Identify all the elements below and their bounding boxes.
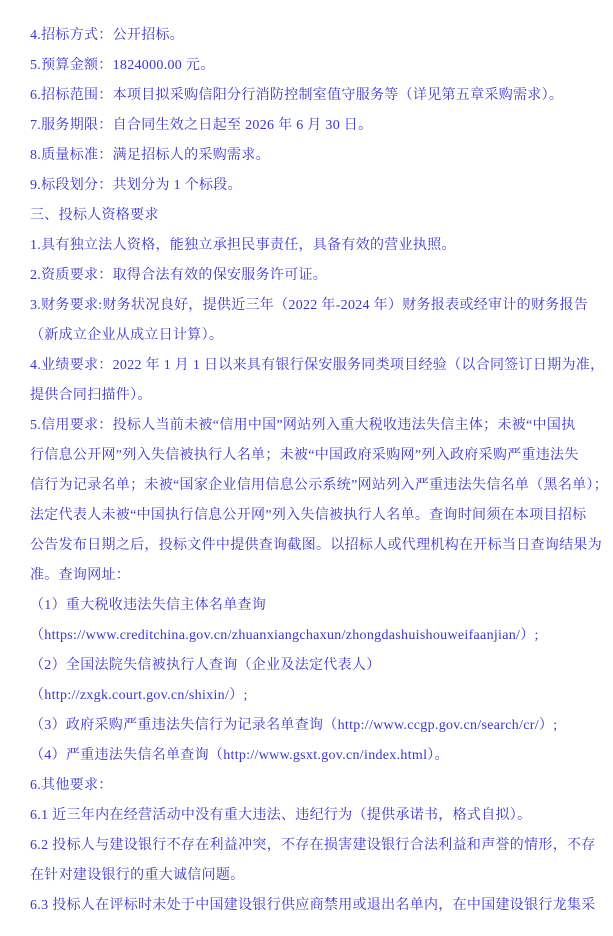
text-line: 9.标段划分：共划分为 1 个标段。: [30, 171, 597, 201]
text-line: 7.服务期限：自合同生效之日起至 2026 年 6 月 30 日。: [30, 111, 597, 141]
document-page: 4.招标方式：公开招标。5.预算金额：1824000.00 元。6.招标范围：本…: [0, 0, 613, 936]
text-line: （2）全国法院失信被执行人查询（企业及法定代表人）: [30, 651, 597, 681]
text-line: 6.3 投标人在评标时未处于中国建设银行供应商禁用或退出名单内，在中国建设银行龙…: [30, 891, 597, 921]
text-line: 准。查询网址：: [30, 561, 597, 591]
text-line: 4.业绩要求：2022 年 1 月 1 日以来具有银行保安服务同类项目经验（以合…: [30, 351, 597, 381]
text-line: 6.其他要求：: [30, 771, 597, 801]
text-line: 1.具有独立法人资格，能独立承担民事责任，具备有效的营业执照。: [30, 231, 597, 261]
text-line: 6.2 投标人与建设银行不存在利益冲突，不存在损害建设银行合法利益和声誉的情形，…: [30, 831, 597, 861]
text-line: 信行为记录名单；未被“国家企业信用信息公示系统”网站列入严重违法失信名单（黑名单…: [30, 471, 597, 501]
text-line: 8.质量标准：满足招标人的采购需求。: [30, 141, 597, 171]
text-line: 公告发布日期之后，投标文件中提供查询截图。以招标人或代理机构在开标当日查询结果为: [30, 531, 597, 561]
text-line: 5.信用要求：投标人当前未被“信用中国”网站列入重大税收违法失信主体；未被“中国…: [30, 411, 597, 441]
text-line: 在针对建设银行的重大诚信问题。: [30, 861, 597, 891]
text-line: 2.资质要求：取得合法有效的保安服务许可证。: [30, 261, 597, 291]
section-heading: 三、投标人资格要求: [30, 201, 597, 231]
text-line: 4.招标方式：公开招标。: [30, 21, 597, 51]
text-line: （4）严重违法失信名单查询（http://www.gsxt.gov.cn/ind…: [30, 741, 597, 771]
text-line: 3.财务要求:财务状况良好，提供近三年（2022 年-2024 年）财务报表或经…: [30, 291, 597, 321]
text-line: 6.招标范围：本项目拟采购信阳分行消防控制室值守服务等（详见第五章采购需求）。: [30, 81, 597, 111]
text-line: （https://www.creditchina.gov.cn/zhuanxia…: [30, 621, 597, 651]
text-line: （3）政府采购严重违法失信行为记录名单查询（http://www.ccgp.go…: [30, 711, 597, 741]
text-block: 4.招标方式：公开招标。5.预算金额：1824000.00 元。6.招标范围：本…: [0, 0, 613, 921]
text-line: （http://zxgk.court.gov.cn/shixin/）;: [30, 681, 597, 711]
text-line: 行信息公开网”列入失信被执行人名单；未被“中国政府采购网”列入政府采购严重违法失: [30, 441, 597, 471]
text-line: 提供合同扫描件）。: [30, 381, 597, 411]
text-line: （新成立企业从成立日计算）。: [30, 321, 597, 351]
text-line: 5.预算金额：1824000.00 元。: [30, 51, 597, 81]
text-line: 法定代表人未被“中国执行信息公开网”列入失信被执行人名单。查询时间须在本项目招标: [30, 501, 597, 531]
text-line: 6.1 近三年内在经营活动中没有重大违法、违纪行为（提供承诺书，格式自拟）。: [30, 801, 597, 831]
text-line: （1）重大税收违法失信主体名单查询: [30, 591, 597, 621]
